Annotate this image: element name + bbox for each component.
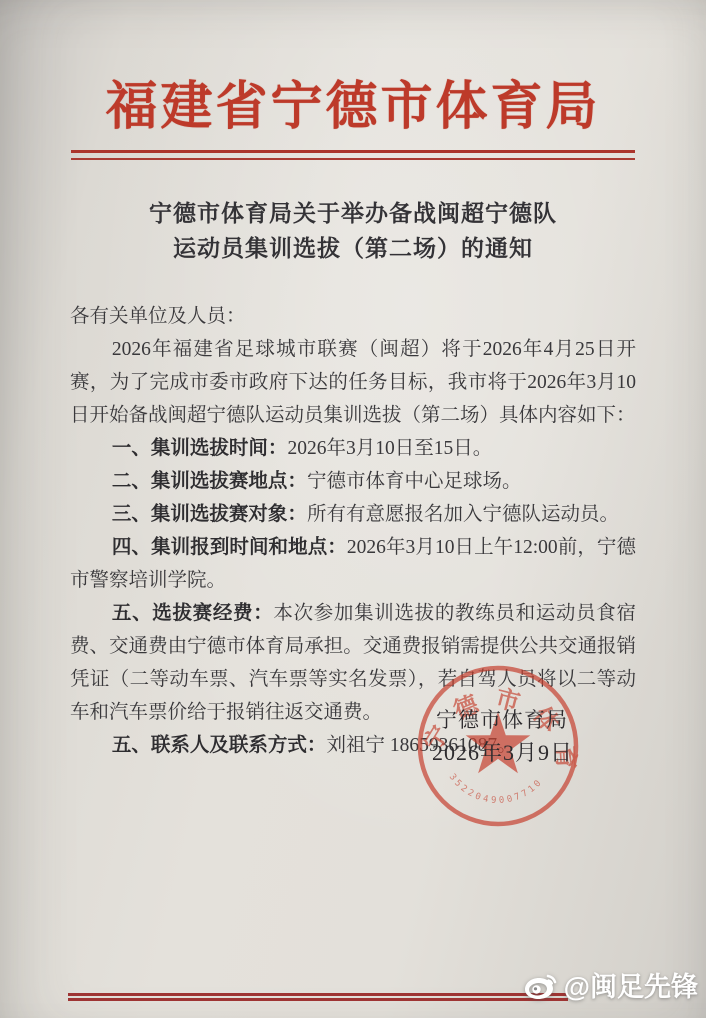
document-photo: 福建省宁德市体育局 宁德市体育局关于举办备战闽超宁德队 运动员集训选拔（第二场）… xyxy=(0,0,706,1018)
document-title: 宁德市体育局关于举办备战闽超宁德队 运动员集训选拔（第二场）的通知 xyxy=(0,196,706,266)
signature-agency: 宁德市体育局 xyxy=(436,704,568,734)
seal-code: 3522049007710 xyxy=(447,772,546,806)
list-item: 一、集训选拔时间：2026年3月10日至15日。 xyxy=(70,432,636,465)
footer-double-rule xyxy=(68,993,568,1001)
watermark-handle: @闽足先锋 xyxy=(564,965,698,1004)
document-title-line2: 运动员集训选拔（第二场）的通知 xyxy=(0,231,706,266)
official-seal: 宁德市体育局 3522049007710 宁德市体育局 2026年3月9日 xyxy=(412,660,584,832)
agency-header: 福建省宁德市体育局 xyxy=(38,64,668,139)
salutation: 各有关单位及人员： xyxy=(70,300,636,333)
signature-date: 2026年3月9日 xyxy=(432,736,573,767)
header-double-rule xyxy=(71,150,635,160)
weibo-icon xyxy=(523,969,559,1001)
document-title-line1: 宁德市体育局关于举办备战闽超宁德队 xyxy=(0,196,706,231)
list-item-label: 五、选拔赛经费： xyxy=(112,602,273,624)
list-item: 三、集训选拔赛对象：所有有意愿报名加入宁德队运动员。 xyxy=(70,498,636,531)
list-item: 四、集训报到时间和地点：2026年3月10日上午12:00前，宁德市警察培训学院… xyxy=(70,531,636,597)
list-item-label: 四、集训报到时间和地点： xyxy=(112,536,347,558)
intro-paragraph: 2026年福建省足球城市联赛（闽超）将于2026年4月25日开赛，为了完成市委市… xyxy=(70,333,636,432)
list-item-text: 2026年3月10日至15日。 xyxy=(287,438,492,459)
weibo-watermark: @闽足先锋 xyxy=(523,965,698,1004)
list-item-label: 一、集训选拔时间： xyxy=(112,437,288,459)
list-item-label: 二、集训选拔赛地点： xyxy=(112,470,307,492)
svg-text:3522049007710: 3522049007710 xyxy=(447,772,546,806)
list-item-label: 三、集训选拔赛对象： xyxy=(112,503,307,525)
list-item-text: 所有有意愿报名加入宁德队运动员。 xyxy=(307,504,619,525)
list-item-text: 宁德市体育中心足球场。 xyxy=(307,471,522,492)
list-item-label: 五、联系人及联系方式： xyxy=(112,734,327,756)
list-item: 二、集训选拔赛地点：宁德市体育中心足球场。 xyxy=(70,465,636,498)
